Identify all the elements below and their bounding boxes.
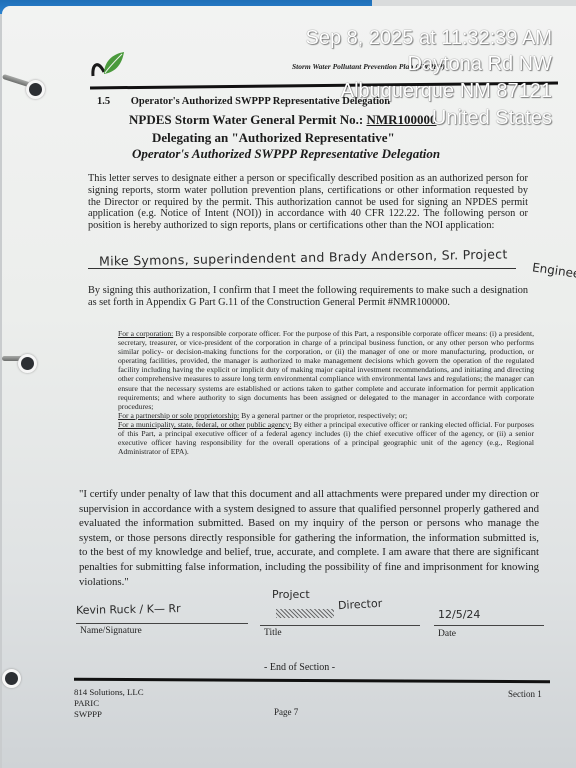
photo-address-line2: Albuquerque NM 87121 — [341, 80, 552, 103]
footer-left: 814 Solutions, LLC PARIC SWPPP — [74, 687, 144, 720]
signature-label: Name/Signature — [80, 626, 142, 636]
partnership-label: For a partnership or sole proprietorship… — [118, 411, 239, 420]
corporation-label: For a corporation: — [118, 329, 173, 338]
designee-handwritten-continued: Engineer — [531, 260, 576, 281]
end-of-section: - End of Section - — [264, 662, 335, 673]
designation-paragraph: This letter serves to designate either a… — [88, 173, 528, 232]
date-label: Date — [438, 629, 456, 639]
signature-line — [76, 623, 248, 624]
designee-handwritten: Mike Symons, superindendent and Brady An… — [99, 246, 508, 268]
footer-page-number: Page 7 — [274, 707, 298, 717]
title-handwritten-line1: Project — [272, 588, 310, 601]
certification-statement: "I certify under penalty of law that thi… — [79, 487, 539, 589]
footer-section: Section 1 — [508, 689, 542, 699]
delegation-subtitle: Operator's Authorized SWPPP Representati… — [132, 146, 440, 162]
section-number: 1.5 — [97, 96, 110, 107]
requirements-text: For a corporation: By a responsible corp… — [118, 329, 534, 456]
permit-title: NPDES Storm Water General Permit No.: NM… — [129, 112, 437, 128]
municipality-label: For a municipality, state, federal, or o… — [118, 420, 291, 429]
footer-doc: SWPPP — [74, 709, 144, 720]
binder-hole — [26, 80, 45, 99]
delegating-title: Delegating an "Authorized Representative… — [152, 130, 395, 146]
permit-number: NMR100000 — [366, 112, 436, 127]
footer-company: 814 Solutions, LLC — [74, 687, 144, 698]
photo-address-line3: United States — [432, 107, 552, 130]
designee-line — [88, 268, 516, 269]
confirmation-paragraph: By signing this authorization, I confirm… — [88, 285, 528, 309]
partnership-text: By a general partner or the proprietor, … — [239, 411, 407, 420]
title-line — [260, 625, 420, 626]
binder-hole — [2, 669, 21, 688]
corporation-text: By a responsible corporate officer. For … — [118, 329, 534, 411]
footer-rule — [74, 678, 550, 683]
scribbled-out-text — [276, 609, 334, 618]
binder-hole — [18, 354, 37, 373]
photo-timestamp: Sep 8, 2025 at 11:32:39 AM — [306, 27, 552, 50]
leaf-logo-icon — [90, 50, 126, 78]
date-handwritten: 12/5/24 — [438, 608, 480, 621]
date-line — [434, 625, 544, 626]
signature-name-handwritten: Kevin Ruck / K— Rr — [76, 602, 181, 617]
title-handwritten-line2: Director — [338, 597, 383, 612]
title-label: Title — [264, 628, 282, 638]
footer-project: PARIC — [74, 698, 144, 709]
permit-title-prefix: NPDES Storm Water General Permit No.: — [129, 112, 366, 127]
photo-address-line1: Daytona Rd NW — [408, 53, 553, 76]
